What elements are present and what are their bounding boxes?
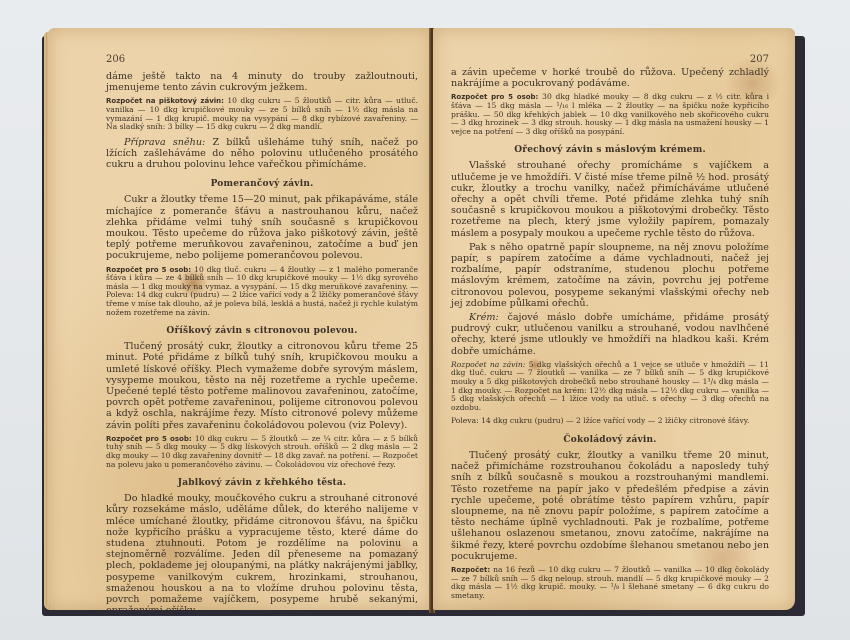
recipe-title: Ořechový závin s máslovým krémem. [451,145,769,155]
cream-text: čajové máslo dobře umícháme, přidáme pro… [451,312,769,357]
budget-text: 10 dkg tluč. cukru — 4 žloutky — z 1 mal… [106,265,418,317]
right-page-content: 207 a závin upečeme v horké troubě do rů… [451,54,769,605]
intro-paragraph: dáme ještě takto na 4 minuty do trouby z… [106,71,418,93]
page-number: 207 [451,54,769,65]
budget-text: na 16 řezů — 10 dkg cukru — 7 žloutků — … [451,565,769,600]
snow-prep-paragraph: Příprava sněhu: Z bílků ušleháme tuhý sn… [106,137,418,171]
recipe-title: Oříškový závin s citronovou polevou. [106,326,418,336]
budget-block: Rozpočet pro 5 osob: 30 dkg hladké mouky… [451,93,769,136]
recipe-title: Pomerančový závin. [106,179,418,189]
budget-block: Rozpočet na závin: 5 dkg vlašských ořech… [451,361,769,413]
right-page: 207 a závin upečeme v horké troubě do rů… [433,28,795,610]
recipe-title: Čokoládový závin. [451,435,769,445]
recipe-body: Tlučený prosátý cukr, žloutky a citronov… [106,341,418,431]
cream-label: Krém: [469,312,499,323]
glaze-text: Poleva: 14 dkg cukru (pudru) — 2 lžíce v… [451,417,769,426]
budget-block: Rozpočet na piškotový závin: 10 dkg cukr… [106,97,418,131]
recipe-body: Do hladké mouky, moučkového cukru a stro… [106,493,418,610]
recipe-body-continued: Pak s něho opatrně papír sloupneme, na n… [451,242,769,309]
left-page: 206 dáme ještě takto na 4 minuty do trou… [48,28,431,610]
recipe-body: Cukr a žloutky třeme 15—20 minut, pak př… [106,194,418,261]
recipe-title: Jablkový závin z křehkého těsta. [106,478,418,488]
recipe-body: Vlašské strouhané ořechy promícháme s va… [451,160,769,238]
cream-paragraph: Krém: čajové máslo dobře umícháme, přidá… [451,312,769,357]
snow-prep-label: Příprava sněhu: [124,137,205,148]
budget-block: Rozpočet pro 5 osob: 10 dkg tluč. cukru … [106,266,418,318]
budget-text: 5 dkg vlašských ořechů a 1 vejce se utlu… [451,360,769,412]
intro-paragraph: a závin upečeme v horké troubě do růžova… [451,67,769,89]
recipe-body: Tlučený prosátý cukr, žloutky a vanilku … [451,450,769,562]
budget-block: Rozpočet: na 16 řezů — 10 dkg cukru — 7 … [451,566,769,600]
page-number: 206 [106,54,418,65]
left-page-content: 206 dáme ještě takto na 4 minuty do trou… [106,54,418,610]
budget-block: Rozpočet pro 5 osob: 10 dkg cukru — 5 žl… [106,435,418,469]
